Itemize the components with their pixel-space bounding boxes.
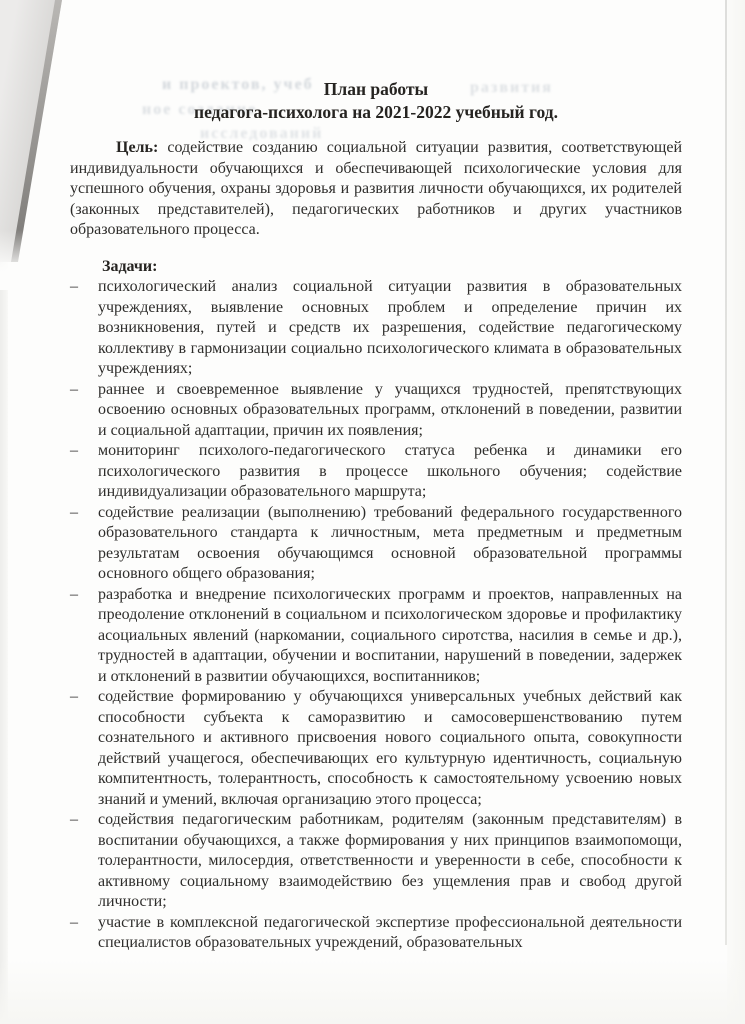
goal-paragraph: Цель: содействие созданию социальной сит… — [70, 138, 682, 241]
task-item: – психологический анализ социальной ситу… — [70, 277, 682, 380]
scan-bottom-shading — [0, 959, 745, 1024]
task-text: участие в комплексной педагогической экс… — [98, 914, 682, 952]
dash-bullet: – — [70, 380, 78, 401]
task-item: – раннее и своевременное выявление у уча… — [70, 380, 682, 442]
tasks-list: – психологический анализ социальной ситу… — [70, 277, 682, 954]
dash-bullet: – — [70, 913, 78, 934]
scan-right-edge-shading — [727, 0, 745, 1024]
dash-bullet: – — [70, 585, 78, 606]
task-item: – содействие реализации (выполнению) тре… — [70, 503, 682, 585]
task-item: – разработка и внедрение психологических… — [70, 585, 682, 688]
document-content: План работы педагога-психолога на 2021-2… — [70, 78, 682, 954]
goal-label: Цель: — [116, 139, 158, 156]
task-item: – участие в комплексной педагогической э… — [70, 913, 682, 954]
document-title-line2: педагога-психолога на 2021-2022 учебный … — [70, 101, 682, 124]
document-title-line1: План работы — [70, 78, 682, 101]
task-text: мониторинг психолого-педагогического ста… — [98, 442, 682, 500]
dash-bullet: – — [70, 277, 78, 298]
goal-text: содействие созданию социальной ситуации … — [70, 139, 682, 238]
task-item: – содействия педагогическим работникам, … — [70, 810, 682, 913]
dash-bullet: – — [70, 503, 78, 524]
dash-bullet: – — [70, 441, 78, 462]
document-title: План работы педагога-психолога на 2021-2… — [70, 78, 682, 124]
task-text: содействие формированию у обучающихся ун… — [98, 688, 682, 808]
task-text: содействия педагогическим работникам, ро… — [98, 811, 682, 910]
task-item: – мониторинг психолого-педагогического с… — [70, 441, 682, 503]
dash-bullet: – — [70, 687, 78, 708]
task-text: психологический анализ социальной ситуац… — [98, 278, 682, 377]
scan-corner-fade — [0, 230, 40, 290]
dash-bullet: – — [70, 810, 78, 831]
task-item: – содействие формированию у обучающихся … — [70, 687, 682, 810]
scanned-document-page: и проектов, учеб развития ное создание и… — [0, 0, 745, 1024]
page-edge-line — [725, 0, 727, 945]
task-text: раннее и своевременное выявление у учащи… — [98, 381, 682, 439]
task-text: разработка и внедрение психологических п… — [98, 586, 682, 685]
tasks-label: Задачи: — [102, 257, 682, 278]
task-text: содействие реализации (выполнению) требо… — [98, 504, 682, 583]
